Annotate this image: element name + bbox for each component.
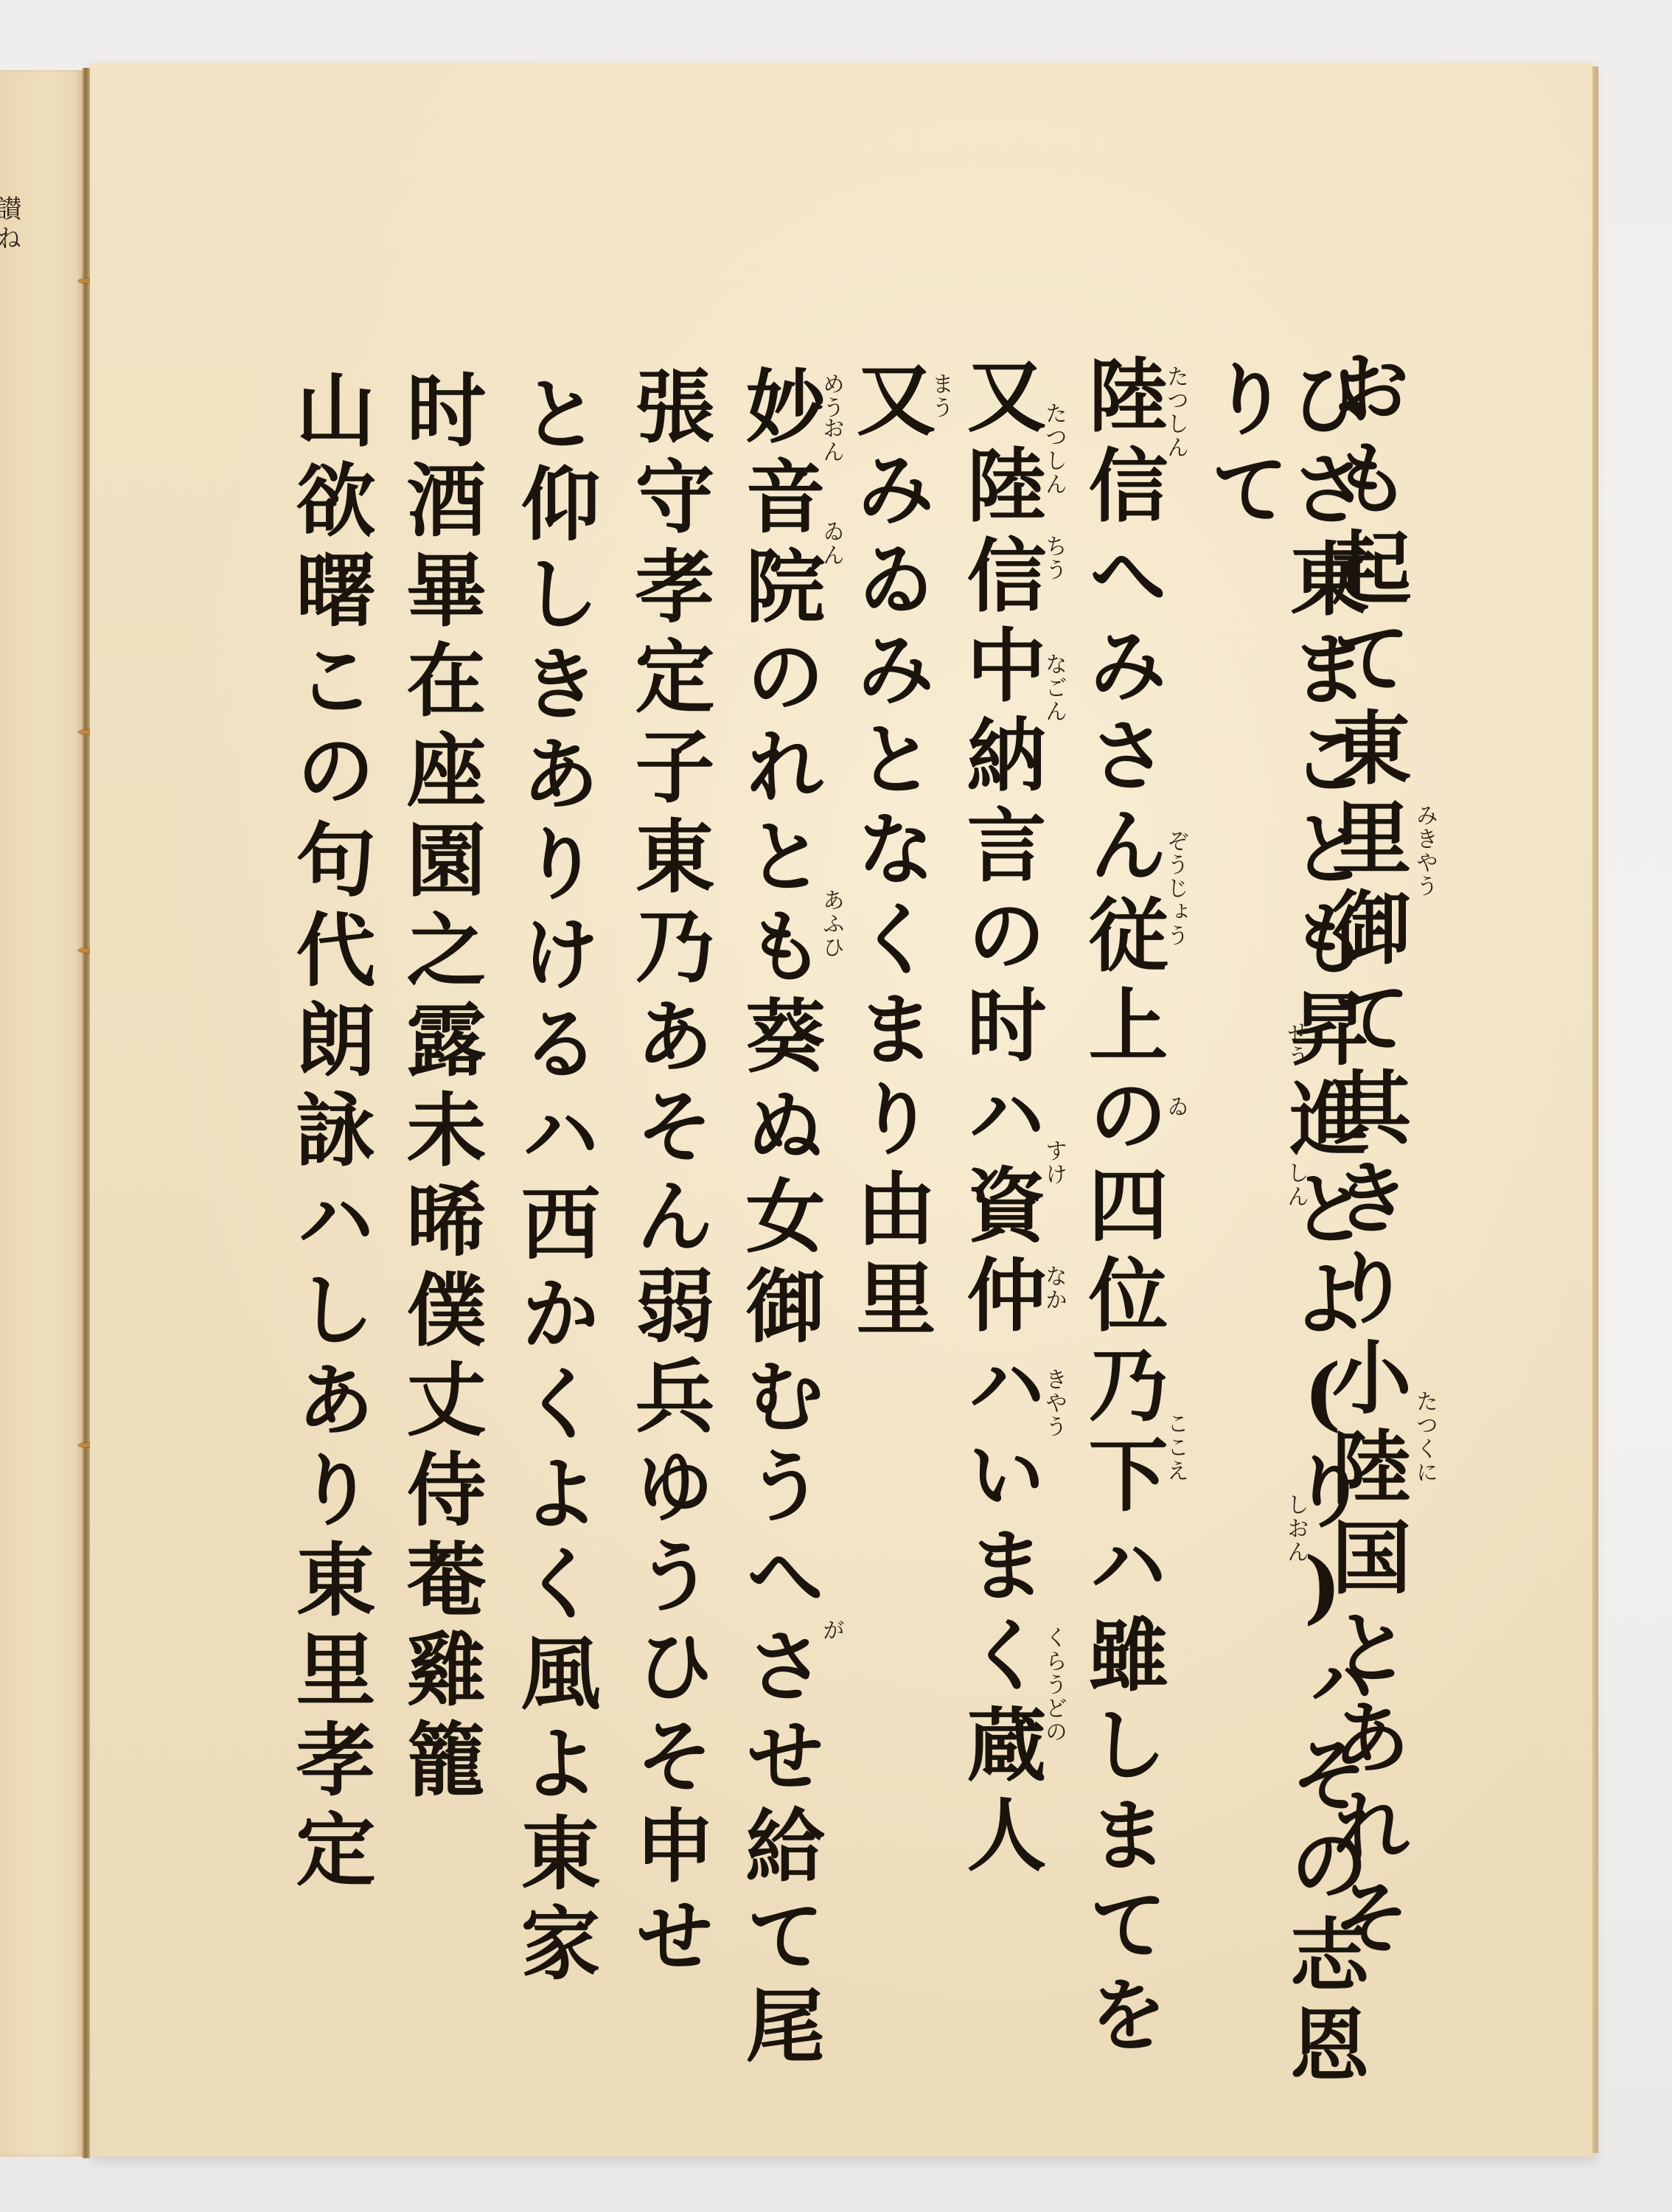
furigana: が: [820, 1618, 842, 1642]
column-text: 又陸信中納言の时ハ資仲ハいまく蔵人: [960, 354, 1039, 1883]
furigana: ゐ: [1164, 1095, 1186, 1119]
furigana: たつしん: [1164, 365, 1186, 459]
manuscript-page: おも起て東里御て其きり小陸国とあれそ みきやう たつくに ひさ東まことも昇進とよ…: [90, 63, 1594, 2157]
column-text: 張守孝定子東乃あそん弱兵ゆうひそ申せ: [628, 365, 708, 1984]
column-text: 陸信へみさん従上の四位乃下ハ雖しまてを: [1081, 354, 1161, 2063]
column-text: 妙音院のれとも葵ぬ女御むうへさせ給て尾: [739, 365, 818, 2074]
furigana: なか: [1042, 1265, 1065, 1312]
column-text: 时酒畢在座園之露未晞僕丈侍菴雞籠: [400, 369, 479, 1808]
binding-gutter: [83, 68, 90, 2158]
furigana: あふひ: [820, 888, 842, 959]
column-text: と仰しきありけるハ西かくよく風よ東家: [514, 372, 593, 1992]
page-fore-edge: [1592, 66, 1598, 2153]
furigana: めう: [820, 372, 842, 420]
furigana: しん: [1284, 1161, 1306, 1208]
furigana: きやう: [1042, 1368, 1065, 1439]
furigana: ここえ: [1164, 1412, 1186, 1483]
furigana: たつくに: [1413, 1390, 1435, 1484]
furigana: ぞうじょう: [1164, 829, 1186, 947]
column-text: ひさ東まことも昇進とよ(り)ㇵその志恩りて: [1203, 358, 1362, 2157]
furigana: たつしん: [1042, 402, 1065, 496]
furigana: ちう: [1042, 535, 1065, 582]
furigana: しおん: [1284, 1493, 1306, 1564]
facing-left-page: 讃ね: [0, 70, 83, 2157]
furigana: みきやう: [1413, 804, 1435, 898]
facing-page-glyphs: 讃ね: [3, 195, 25, 254]
furigana: くらうどの: [1042, 1626, 1065, 1744]
furigana: せう: [1284, 1021, 1306, 1068]
furigana: なごん: [1042, 653, 1065, 723]
furigana: すけ: [1042, 1139, 1065, 1186]
furigana: ゐん: [820, 520, 842, 567]
furigana: おん: [820, 417, 842, 464]
furigana: まう: [929, 372, 951, 420]
column-text: 山欲曙この句代朗詠ハしあり東里孝定: [289, 369, 369, 1898]
column-text: 又みゐみとなくまり由里: [849, 358, 929, 1347]
